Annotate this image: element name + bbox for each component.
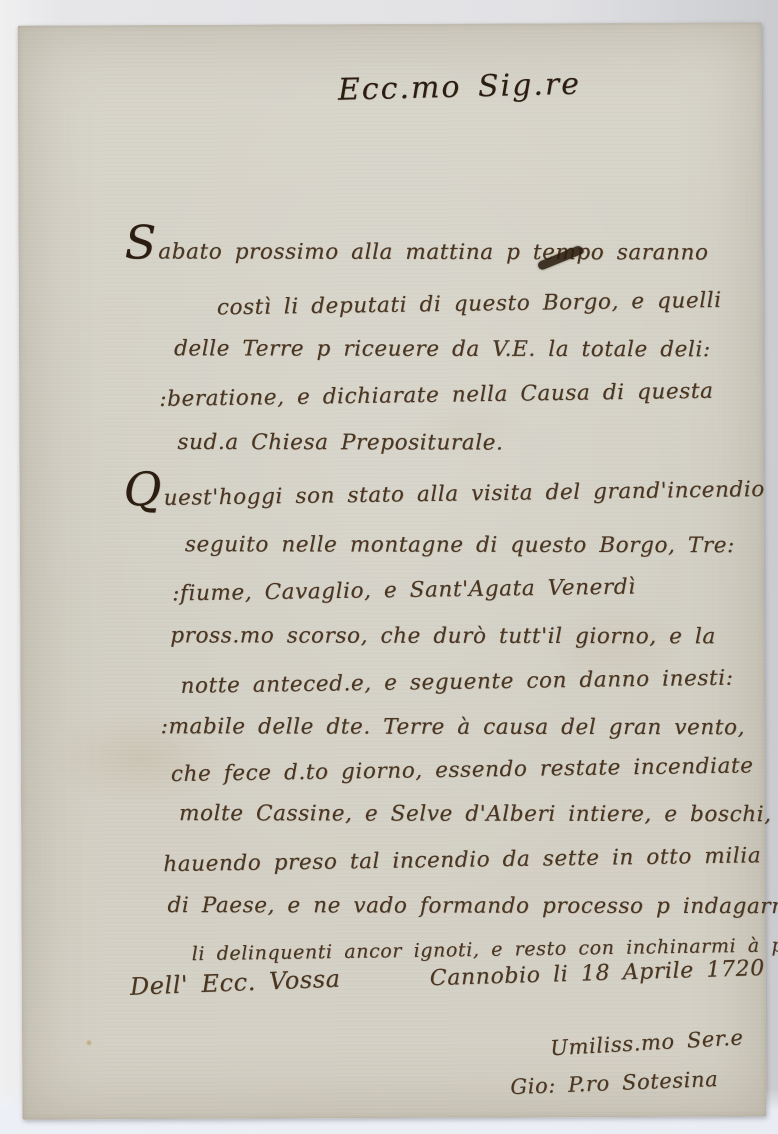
- letter-line: sud.a Chiesa Prepositurale.: [177, 420, 503, 466]
- letter-line: Quest'hoggi son stato alla visita del gr…: [123, 467, 765, 522]
- letter-line: pross.mo scorso, che durò tutt'il giorno…: [170, 613, 716, 659]
- letter-line: :mabile delle dte. Terre à causa del gra…: [161, 704, 745, 750]
- letter-line: che fece d.to giorno, essendo restate in…: [171, 743, 754, 797]
- letter-line: di Paese, e ne vado formando processo p …: [167, 883, 778, 929]
- letter-line: seguito nelle montagne di questo Borgo, …: [185, 522, 735, 568]
- photo-background: Ecc.mo Sig.re Sabato prossimo alla matti…: [0, 0, 778, 1134]
- signature-name: Gio: P.ro Sotesina: [510, 1067, 719, 1099]
- salutation: Ecc.mo Sig.re: [337, 67, 581, 108]
- letter-line: molte Cassine, e Selve d'Alberi intiere,…: [179, 791, 772, 837]
- letter-line: notte anteced.e, e seguente con danno in…: [180, 656, 734, 709]
- letter-line: hauendo preso tal incendio da sette in o…: [163, 833, 762, 887]
- letter-line: costì li deputati di questo Borgo, e que…: [217, 278, 722, 330]
- letter-line: Sabato prossimo alla mattina p tempo sar…: [125, 229, 709, 275]
- letter-paper: Ecc.mo Sig.re Sabato prossimo alla matti…: [18, 22, 767, 1119]
- letter-line: :beratione, e dichiarate nella Causa di …: [159, 369, 714, 422]
- letter-line: :fiume, Cavaglio, e Sant'Agata Venerdì: [172, 565, 636, 617]
- valediction: Umiliss.mo Ser.e: [550, 1025, 745, 1060]
- closing-address: Dell' Ecc. Vossa: [129, 965, 341, 1001]
- letter-line: delle Terre p riceuere da V.E. la totale…: [174, 326, 711, 372]
